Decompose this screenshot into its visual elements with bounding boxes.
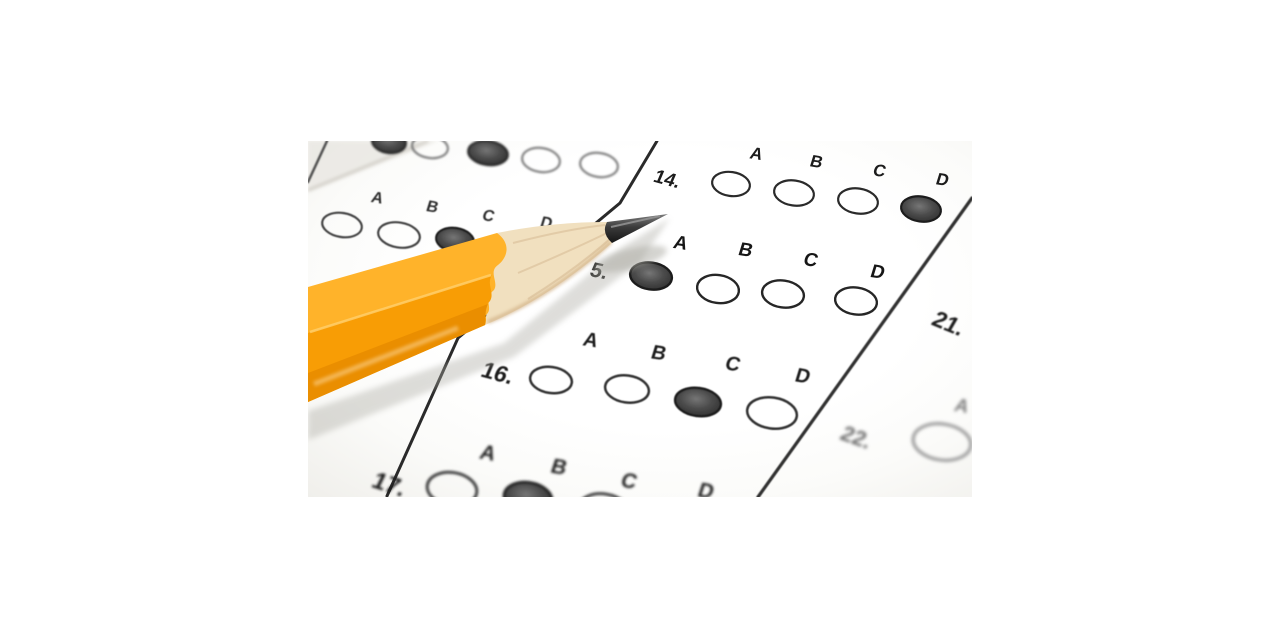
question-number-row-21: 21. (928, 306, 971, 341)
option-label-row-16-D: D (792, 365, 813, 388)
row-14: ABCD14. (650, 144, 951, 224)
bubble-row-13-A (320, 210, 363, 240)
corner-shade (308, 141, 438, 193)
option-label-row-15-D: D (868, 261, 888, 283)
bubble-row-13-B (376, 219, 421, 250)
bubble-row-15-D (833, 285, 878, 318)
row-21: 21. (928, 306, 971, 341)
bubble-row-15-B (695, 272, 740, 306)
bubble-row-16-C (673, 385, 722, 419)
option-label-row-17-D: D (695, 479, 717, 497)
option-label-row-15-B: B (736, 239, 756, 261)
bubble-row-17-B (502, 479, 554, 497)
question-number-row-17: 17. (367, 468, 411, 497)
bubble-row-16-A (528, 364, 573, 396)
option-label-row-17-A: A (477, 441, 499, 466)
option-label-row-17-B: B (548, 455, 570, 480)
bubble-row-16-B (603, 373, 650, 406)
answer-sheet-photo: ABCDABCD14.ABCD5.ABCD16.ABCD17.21.A22. (308, 141, 972, 497)
option-label-row-15-C: C (801, 249, 821, 271)
question-number-row-22: 22. (836, 421, 877, 454)
row-22: A22. (836, 395, 972, 464)
bubble-row-top-partial-2 (467, 141, 510, 168)
bubble-row-16-D (745, 394, 799, 432)
option-label-row-16-A: A (580, 329, 601, 352)
option-label-row-13-B: B (424, 197, 441, 216)
option-label-row-16-C: C (722, 353, 743, 376)
scene-svg: ABCDABCD14.ABCD5.ABCD16.ABCD17.21.A22. (308, 141, 972, 497)
bubble-row-15-C (760, 278, 805, 311)
row-17: ABCD17. (367, 441, 717, 497)
sheet-corner (308, 141, 438, 193)
option-label-row-17-C: C (618, 469, 640, 494)
option-label-row-14-A: A (748, 144, 766, 164)
option-label-row-13-C: C (480, 206, 497, 225)
pencil (308, 214, 670, 440)
question-number-row-14: 14. (650, 167, 684, 193)
bubble-row-14-C (836, 186, 879, 216)
option-label-row-16-B: B (648, 342, 669, 365)
option-label-row-14-D: D (934, 170, 952, 190)
bubble-row-14-A (711, 169, 752, 198)
bubble-row-22-A (911, 420, 972, 464)
option-label-row-14-C: C (871, 161, 889, 181)
option-label-row-14-B: B (808, 152, 826, 172)
bubble-row-17-A (425, 469, 480, 497)
bubble-row-14-B (772, 178, 815, 208)
option-label-row-15-A: A (671, 232, 691, 254)
bubble-row-top-partial-4 (579, 150, 620, 179)
option-label-row-22-A: A (952, 395, 972, 417)
bubble-row-14-D (899, 194, 942, 224)
page-background: { "scene": { "type": "photograph", "subj… (0, 0, 1280, 640)
option-label-row-13-A: A (369, 188, 386, 207)
bubble-row-top-partial-3 (521, 145, 562, 174)
